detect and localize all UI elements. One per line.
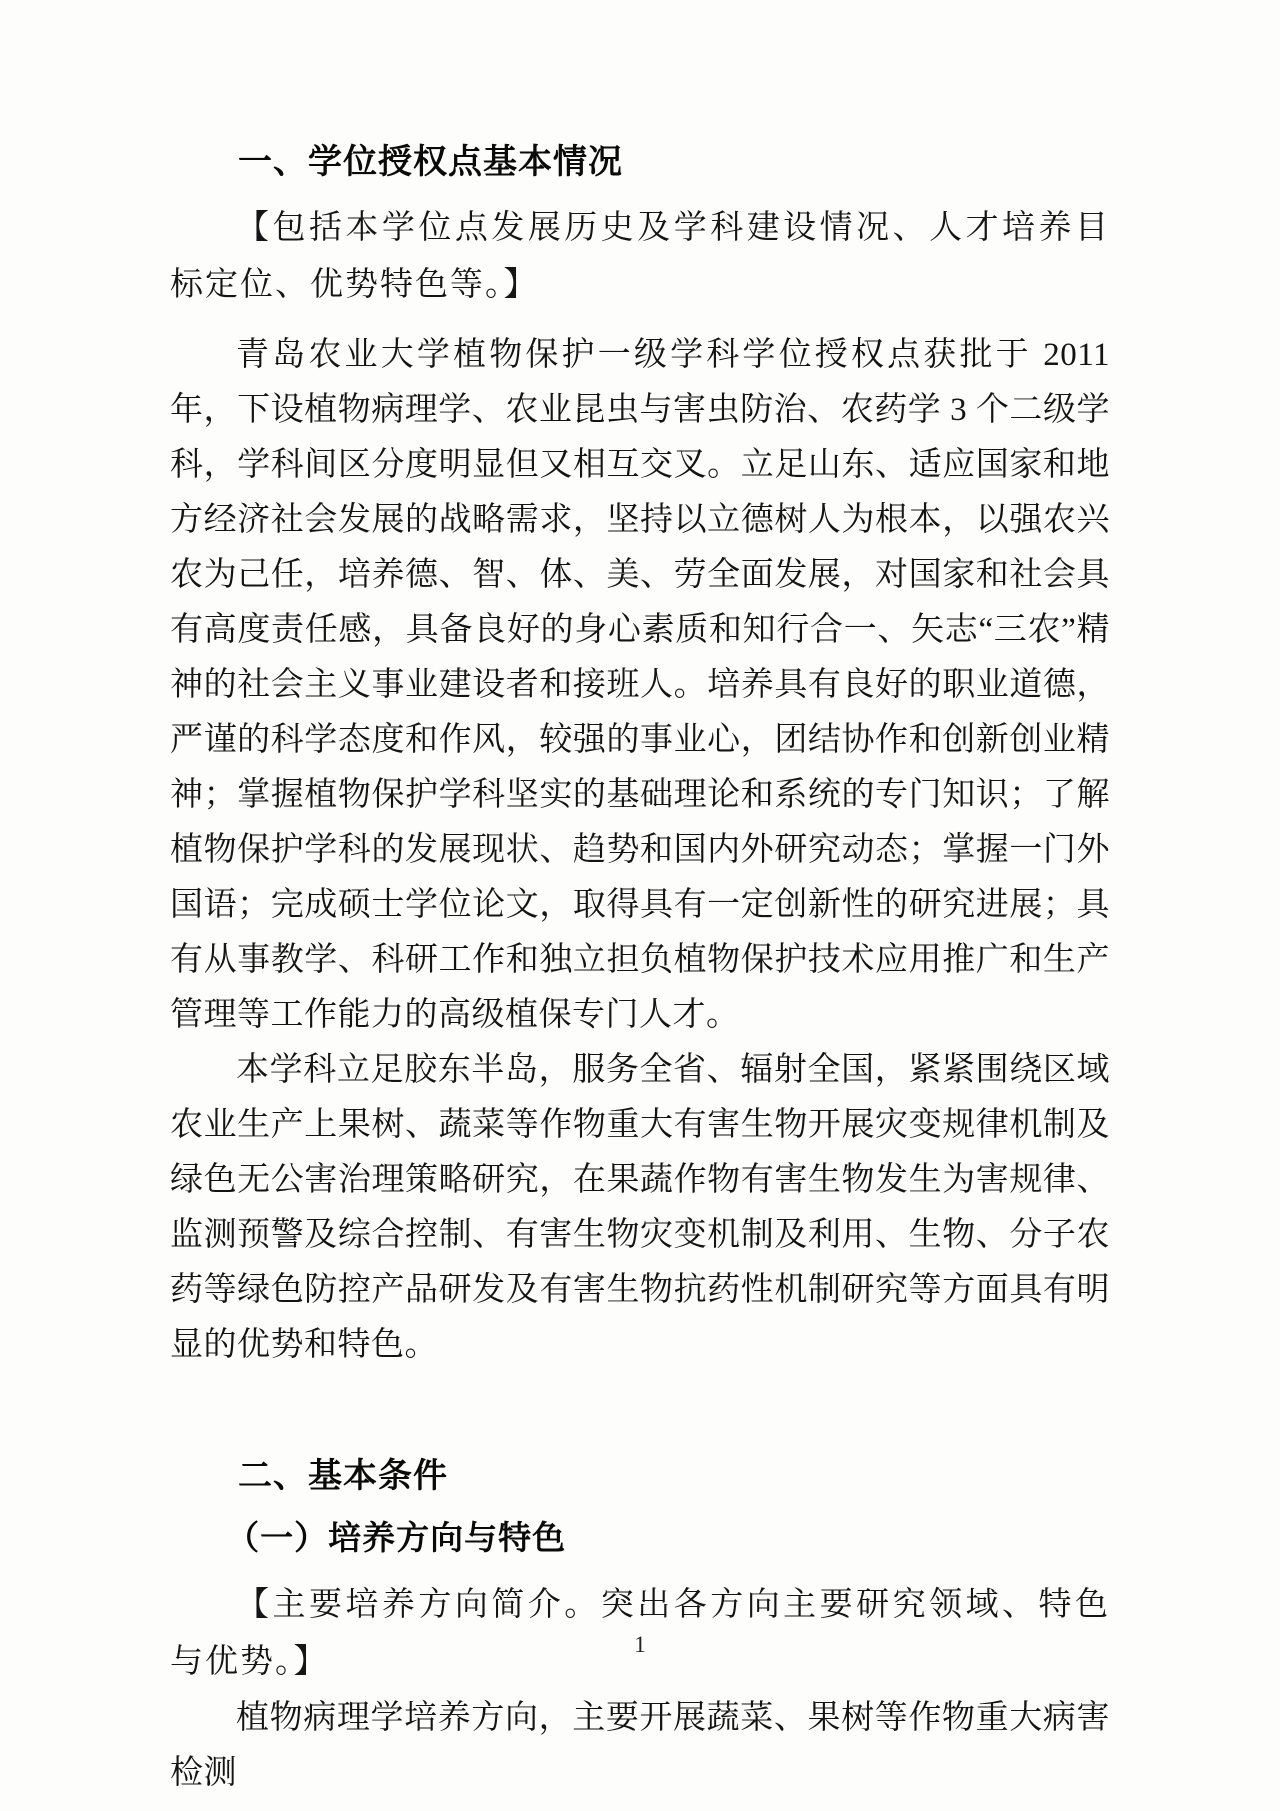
section1-heading: 一、学位授权点基本情况 bbox=[170, 135, 1110, 190]
document-content: 一、学位授权点基本情况 【包括本学位点发展历史及学科建设情况、人才培养目标定位、… bbox=[170, 135, 1110, 1801]
section1-paragraph-2: 本学科立足胶东半岛，服务全省、辐射全国，紧紧围绕区域农业生产上果树、蔬菜等作物重… bbox=[170, 1043, 1110, 1373]
document-page: 一、学位授权点基本情况 【包括本学位点发展历史及学科建设情况、人才培养目标定位、… bbox=[0, 0, 1280, 1811]
section2-heading: 二、基本条件 bbox=[170, 1449, 1110, 1504]
section2-paragraph-1: 植物病理学培养方向，主要开展蔬菜、果树等作物重大病害检测 bbox=[170, 1691, 1110, 1801]
section1-paragraph-1: 青岛农业大学植物保护一级学科学位授权点获批于 2011 年，下设植物病理学、农业… bbox=[170, 328, 1110, 1043]
page-number: 1 bbox=[0, 1632, 1280, 1658]
section1-bracket-note: 【包括本学位点发展历史及学科建设情况、人才培养目标定位、优势特色等。】 bbox=[170, 200, 1110, 314]
section2-subheading: （一）培养方向与特色 bbox=[170, 1512, 1110, 1567]
